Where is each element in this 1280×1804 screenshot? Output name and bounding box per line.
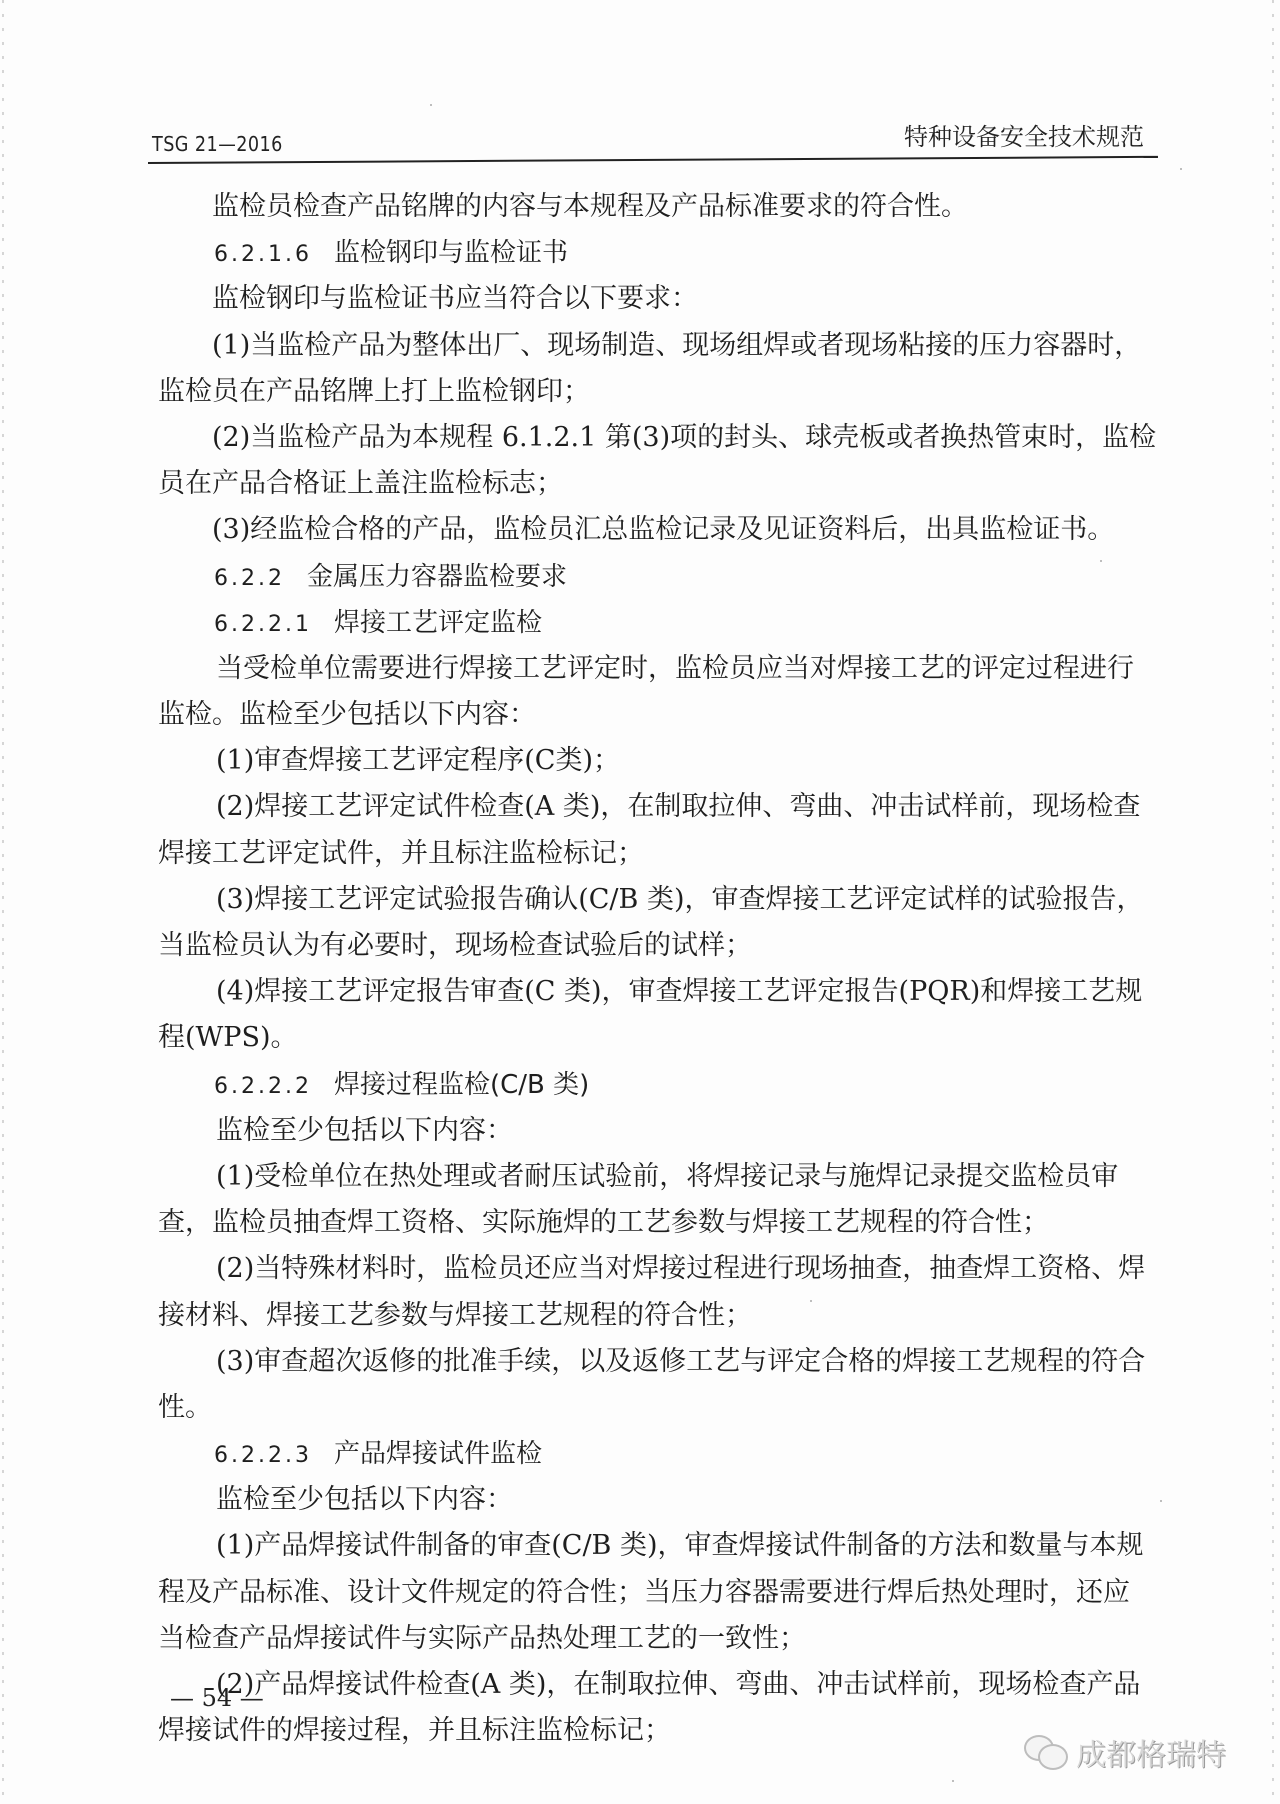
paragraph-line: (2)当监检产品为本规程 6.1.2.1 第(3)项的封头、球壳板或者换热管束时…	[158, 415, 1168, 461]
section-heading: 6.2.2.2焊接过程监检(C/B 类)	[158, 1062, 1168, 1108]
paragraph-line: 监检钢印与监检证书应当符合以下要求：	[158, 276, 1168, 322]
paragraph-line: (2)产品焊接试件检查(A 类)，在制取拉伸、弯曲、冲击试样前，现场检查产品	[158, 1662, 1168, 1708]
section-heading: 6.2.2.1焊接工艺评定监检	[158, 600, 1168, 646]
header-rule	[148, 156, 1158, 164]
section-title: 监检钢印与监检证书	[334, 238, 568, 268]
paragraph-line: (3)焊接工艺评定试验报告确认(C/B 类)，审查焊接工艺评定试样的试验报告，	[158, 877, 1168, 923]
paragraph-continuation: 查，监检员抽查焊工资格、实际施焊的工艺参数与焊接工艺规程的符合性；	[158, 1200, 1168, 1246]
paragraph-line: (1)当监检产品为整体出厂、现场制造、现场组焊或者现场粘接的压力容器时，	[158, 323, 1168, 369]
page-number: — 54 —	[170, 1684, 264, 1712]
section-title: 焊接过程监检(C/B 类)	[334, 1070, 589, 1100]
paragraph-continuation: 程及产品标准、设计文件规定的符合性；当压力容器需要进行焊后热处理时，还应	[158, 1570, 1168, 1616]
section-number: 6.2.1.6	[214, 242, 312, 267]
section-number: 6.2.2.1	[214, 612, 312, 637]
document-page: TSG 21—2016 特种设备安全技术规范 监检员检查产品铭牌的内容与本规程及…	[0, 0, 1280, 1804]
scan-edge-right	[1272, 0, 1274, 1804]
section-number: 6.2.2.2	[214, 1074, 312, 1099]
paragraph-continuation: 焊接试件的焊接过程，并且标注监检标记；	[158, 1708, 1168, 1754]
paragraph-continuation: 监检。监检至少包括以下内容：	[158, 692, 1168, 738]
paragraph-line: (1)产品焊接试件制备的审查(C/B 类)，审查焊接试件制备的方法和数量与本规	[158, 1523, 1168, 1569]
section-number: 6.2.2	[214, 566, 285, 591]
paragraph-continuation: 员在产品合格证上盖注监检标志；	[158, 461, 1168, 507]
paragraph-line: (3)经监检合格的产品，监检员汇总监检记录及见证资料后，出具监检证书。	[158, 507, 1168, 553]
wechat-icon	[1024, 1735, 1068, 1769]
paragraph-continuation: 监检员在产品铭牌上打上监检钢印；	[158, 369, 1168, 415]
paragraph-line: (3)审查超次返修的批准手续，以及返修工艺与评定合格的焊接工艺规程的符合	[158, 1339, 1168, 1385]
paragraph-continuation: 当检查产品焊接试件与实际产品热处理工艺的一致性；	[158, 1616, 1168, 1662]
paragraph-continuation: 当监检员认为有必要时，现场检查试验后的试样；	[158, 923, 1168, 969]
paragraph-line: 监检员检查产品铭牌的内容与本规程及产品标准要求的符合性。	[158, 184, 1168, 230]
section-heading: 6.2.2金属压力容器监检要求	[158, 554, 1168, 600]
paragraph-line: (4)焊接工艺评定报告审查(C 类)，审查焊接工艺评定报告(PQR)和焊接工艺规	[158, 969, 1168, 1015]
watermark-text: 成都格瑞特	[1076, 1730, 1226, 1774]
watermark: 成都格瑞特	[1024, 1730, 1226, 1774]
section-title: 金属压力容器监检要求	[307, 562, 567, 592]
document-body: 监检员检查产品铭牌的内容与本规程及产品标准要求的符合性。6.2.1.6监检钢印与…	[158, 184, 1168, 1754]
section-heading: 6.2.1.6监检钢印与监检证书	[158, 230, 1168, 276]
scan-edge-left	[2, 0, 4, 1804]
page-header: TSG 21—2016 特种设备安全技术规范	[148, 118, 1158, 164]
paragraph-continuation: 性。	[158, 1385, 1168, 1431]
section-heading: 6.2.2.3产品焊接试件监检	[158, 1431, 1168, 1477]
standard-code: TSG 21—2016	[152, 132, 283, 156]
section-number: 6.2.2.3	[214, 1443, 312, 1468]
paragraph-line: 监检至少包括以下内容：	[158, 1477, 1168, 1523]
paragraph-continuation: 接材料、焊接工艺参数与焊接工艺规程的符合性；	[158, 1293, 1168, 1339]
paragraph-line: (2)焊接工艺评定试件检查(A 类)，在制取拉伸、弯曲、冲击试样前，现场检查	[158, 784, 1168, 830]
paragraph-line: (1)审查焊接工艺评定程序(C类)；	[158, 738, 1168, 784]
paragraph-line: (1)受检单位在热处理或者耐压试验前，将焊接记录与施焊记录提交监检员审	[158, 1154, 1168, 1200]
paragraph-line: 监检至少包括以下内容：	[158, 1108, 1168, 1154]
paragraph-line: 当受检单位需要进行焊接工艺评定时，监检员应当对焊接工艺的评定过程进行	[158, 646, 1168, 692]
series-title: 特种设备安全技术规范	[904, 117, 1144, 152]
paragraph-line: (2)当特殊材料时，监检员还应当对焊接过程进行现场抽查，抽查焊工资格、焊	[158, 1246, 1168, 1292]
section-title: 产品焊接试件监检	[334, 1439, 542, 1469]
paragraph-continuation: 程(WPS)。	[158, 1015, 1168, 1061]
paragraph-continuation: 焊接工艺评定试件，并且标注监检标记；	[158, 831, 1168, 877]
section-title: 焊接工艺评定监检	[334, 608, 542, 638]
